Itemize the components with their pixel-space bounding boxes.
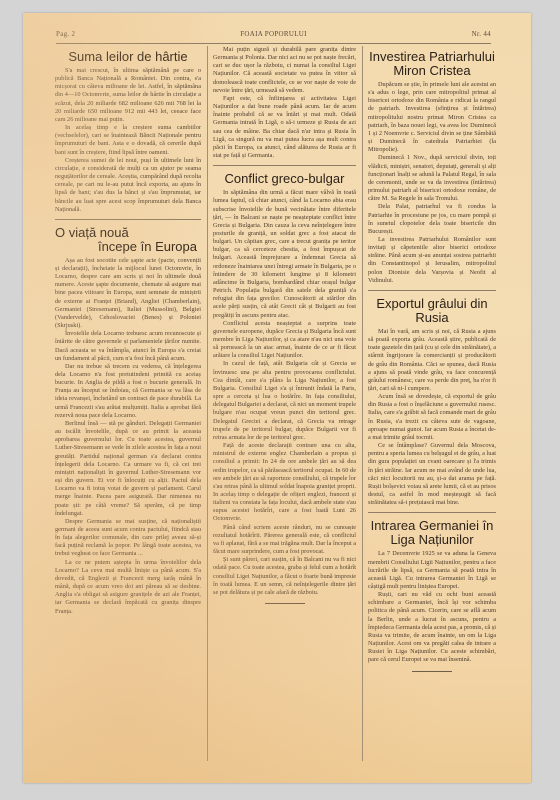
column-rule — [207, 46, 208, 761]
article-title-line: O viață nouă — [55, 225, 129, 240]
article-title-line: Liga Națiunilor — [390, 532, 473, 547]
article-paragraph: In cazul de față, atât Bulgaria cât și G… — [213, 360, 356, 442]
column-1: Suma leilor de hârtie S'a mai crescut, î… — [55, 46, 201, 765]
article-paragraph: Mai puțin sigură și durabilă pare graniț… — [213, 46, 356, 95]
article-conflict-greco-bulgar: Conflict greco-bulgar In săptămâna din u… — [213, 172, 356, 604]
article-paragraph: Învoielile dela Locarno trebuesc acum re… — [55, 330, 201, 363]
article-title-line: Miron Cristea — [393, 63, 470, 78]
article-investirea-patriarhului: Investirea Patriarhului Miron Cristea Du… — [368, 50, 496, 285]
column-rule — [362, 46, 363, 761]
article-paragraph: Conflictul acesta neașteptat a surprins … — [213, 320, 356, 361]
article-title: Conflict greco-bulgar — [213, 172, 356, 186]
article-suma-leilor: Suma leilor de hârtie S'a mai crescut, î… — [55, 50, 201, 214]
article-paragraph: S'a mai crescut, în ultima săptămână pe … — [55, 67, 201, 124]
article-paragraph: La ce ne putem aștepta în urma învoielil… — [55, 559, 201, 616]
article-viata-noua: O viață nouă începe în Europa Așa au fos… — [55, 226, 201, 616]
article-divider — [368, 512, 496, 513]
article-paragraph: In săptămâna din urmă a făcut mare vâlvă… — [213, 189, 356, 320]
article-paragraph: Dupăcum se știe, în primele luni ale ace… — [368, 81, 496, 154]
article-paragraph: Mai în vară, am scris și noi, că Rusia a… — [368, 328, 496, 393]
article-paragraph: La 7 Decemvrie 1925 se va aduna la Genev… — [368, 550, 496, 591]
running-head: Pag. 2 FOAIA POPORULUI Nr. 44 — [56, 30, 491, 44]
article-divider — [213, 165, 356, 166]
article-exportul-graului: Exportul grâului din Rusia Mai în vară, … — [368, 297, 496, 507]
article-paragraph: Dela Palat, patriarhul va fi condus la P… — [368, 203, 496, 236]
article-divider — [55, 219, 201, 220]
article-paragraph: Acum însă se dovedește, că exportul de g… — [368, 393, 496, 442]
article-title: Exportul grâului din Rusia — [368, 297, 496, 325]
end-rule — [412, 671, 452, 672]
end-rule — [265, 603, 305, 604]
article-paragraph: Până când scriem aceste rânduri, nu se c… — [213, 524, 356, 557]
article-paragraph: Dar nu trebue să trecem cu vederea, că î… — [55, 363, 201, 420]
column-2: Mai puțin sigură și durabilă pare graniț… — [213, 46, 356, 765]
page-number: Pag. 2 — [56, 30, 75, 38]
article-title-line: începe în Europa — [55, 240, 201, 254]
article-paragraph: Creșterea sumei de lei noui, puși în ult… — [55, 157, 201, 214]
article-title: Intrarea Germaniei în Liga Națiunilor — [368, 519, 496, 547]
article-paragraph: Duminecă 1 Nov., după serviciul divin, t… — [368, 154, 496, 203]
article-title-line: Investirea Patriarhului — [369, 49, 495, 64]
article-paragraph: Despre Germania se mai susține, că națio… — [55, 518, 201, 559]
article-title: Investirea Patriarhului Miron Cristea — [368, 50, 496, 78]
article-title: O viață nouă începe în Europa — [55, 226, 201, 254]
article-paragraph: Fapt este, că înființarea și activitatea… — [213, 95, 356, 160]
article-intrarea-germaniei: Intrarea Germaniei în Liga Națiunilor La… — [368, 519, 496, 671]
article-paragraph: Față de aceste declarații contrare una c… — [213, 442, 356, 524]
article-title: Suma leilor de hârtie — [55, 50, 201, 64]
article-title-line: Intrarea Germaniei în — [371, 518, 494, 533]
issue-number: Nr. 44 — [472, 30, 491, 38]
article-paragraph: Și sunt păreri, cari susțin, că în Balca… — [213, 556, 356, 597]
article-paragraph: Așa au fost socotite cele șapte acte (pa… — [55, 257, 201, 330]
article-paragraph: La investirea Patriarhului Românilor sun… — [368, 236, 496, 285]
column-3: Investirea Patriarhului Miron Cristea Du… — [368, 46, 496, 765]
newspaper-title: FOAIA POPORULUI — [240, 30, 307, 38]
article-divider — [368, 290, 496, 291]
article-paragraph: In acelaș timp e la creștere suma cambii… — [55, 124, 201, 157]
article-paragraph: Ce se întâmplase? Guvernul dela Moscova,… — [368, 442, 496, 507]
article-paragraph: Berlinul însă — stă pe gânduri. Delegați… — [55, 420, 201, 518]
article-paragraph: Rușii, cari nu văd cu ochi buni această … — [368, 591, 496, 664]
newspaper-page: Pag. 2 FOAIA POPORULUI Nr. 44 Suma leilo… — [23, 13, 531, 783]
article-continuation: Mai puțin sigură și durabilă pare graniț… — [213, 46, 356, 160]
